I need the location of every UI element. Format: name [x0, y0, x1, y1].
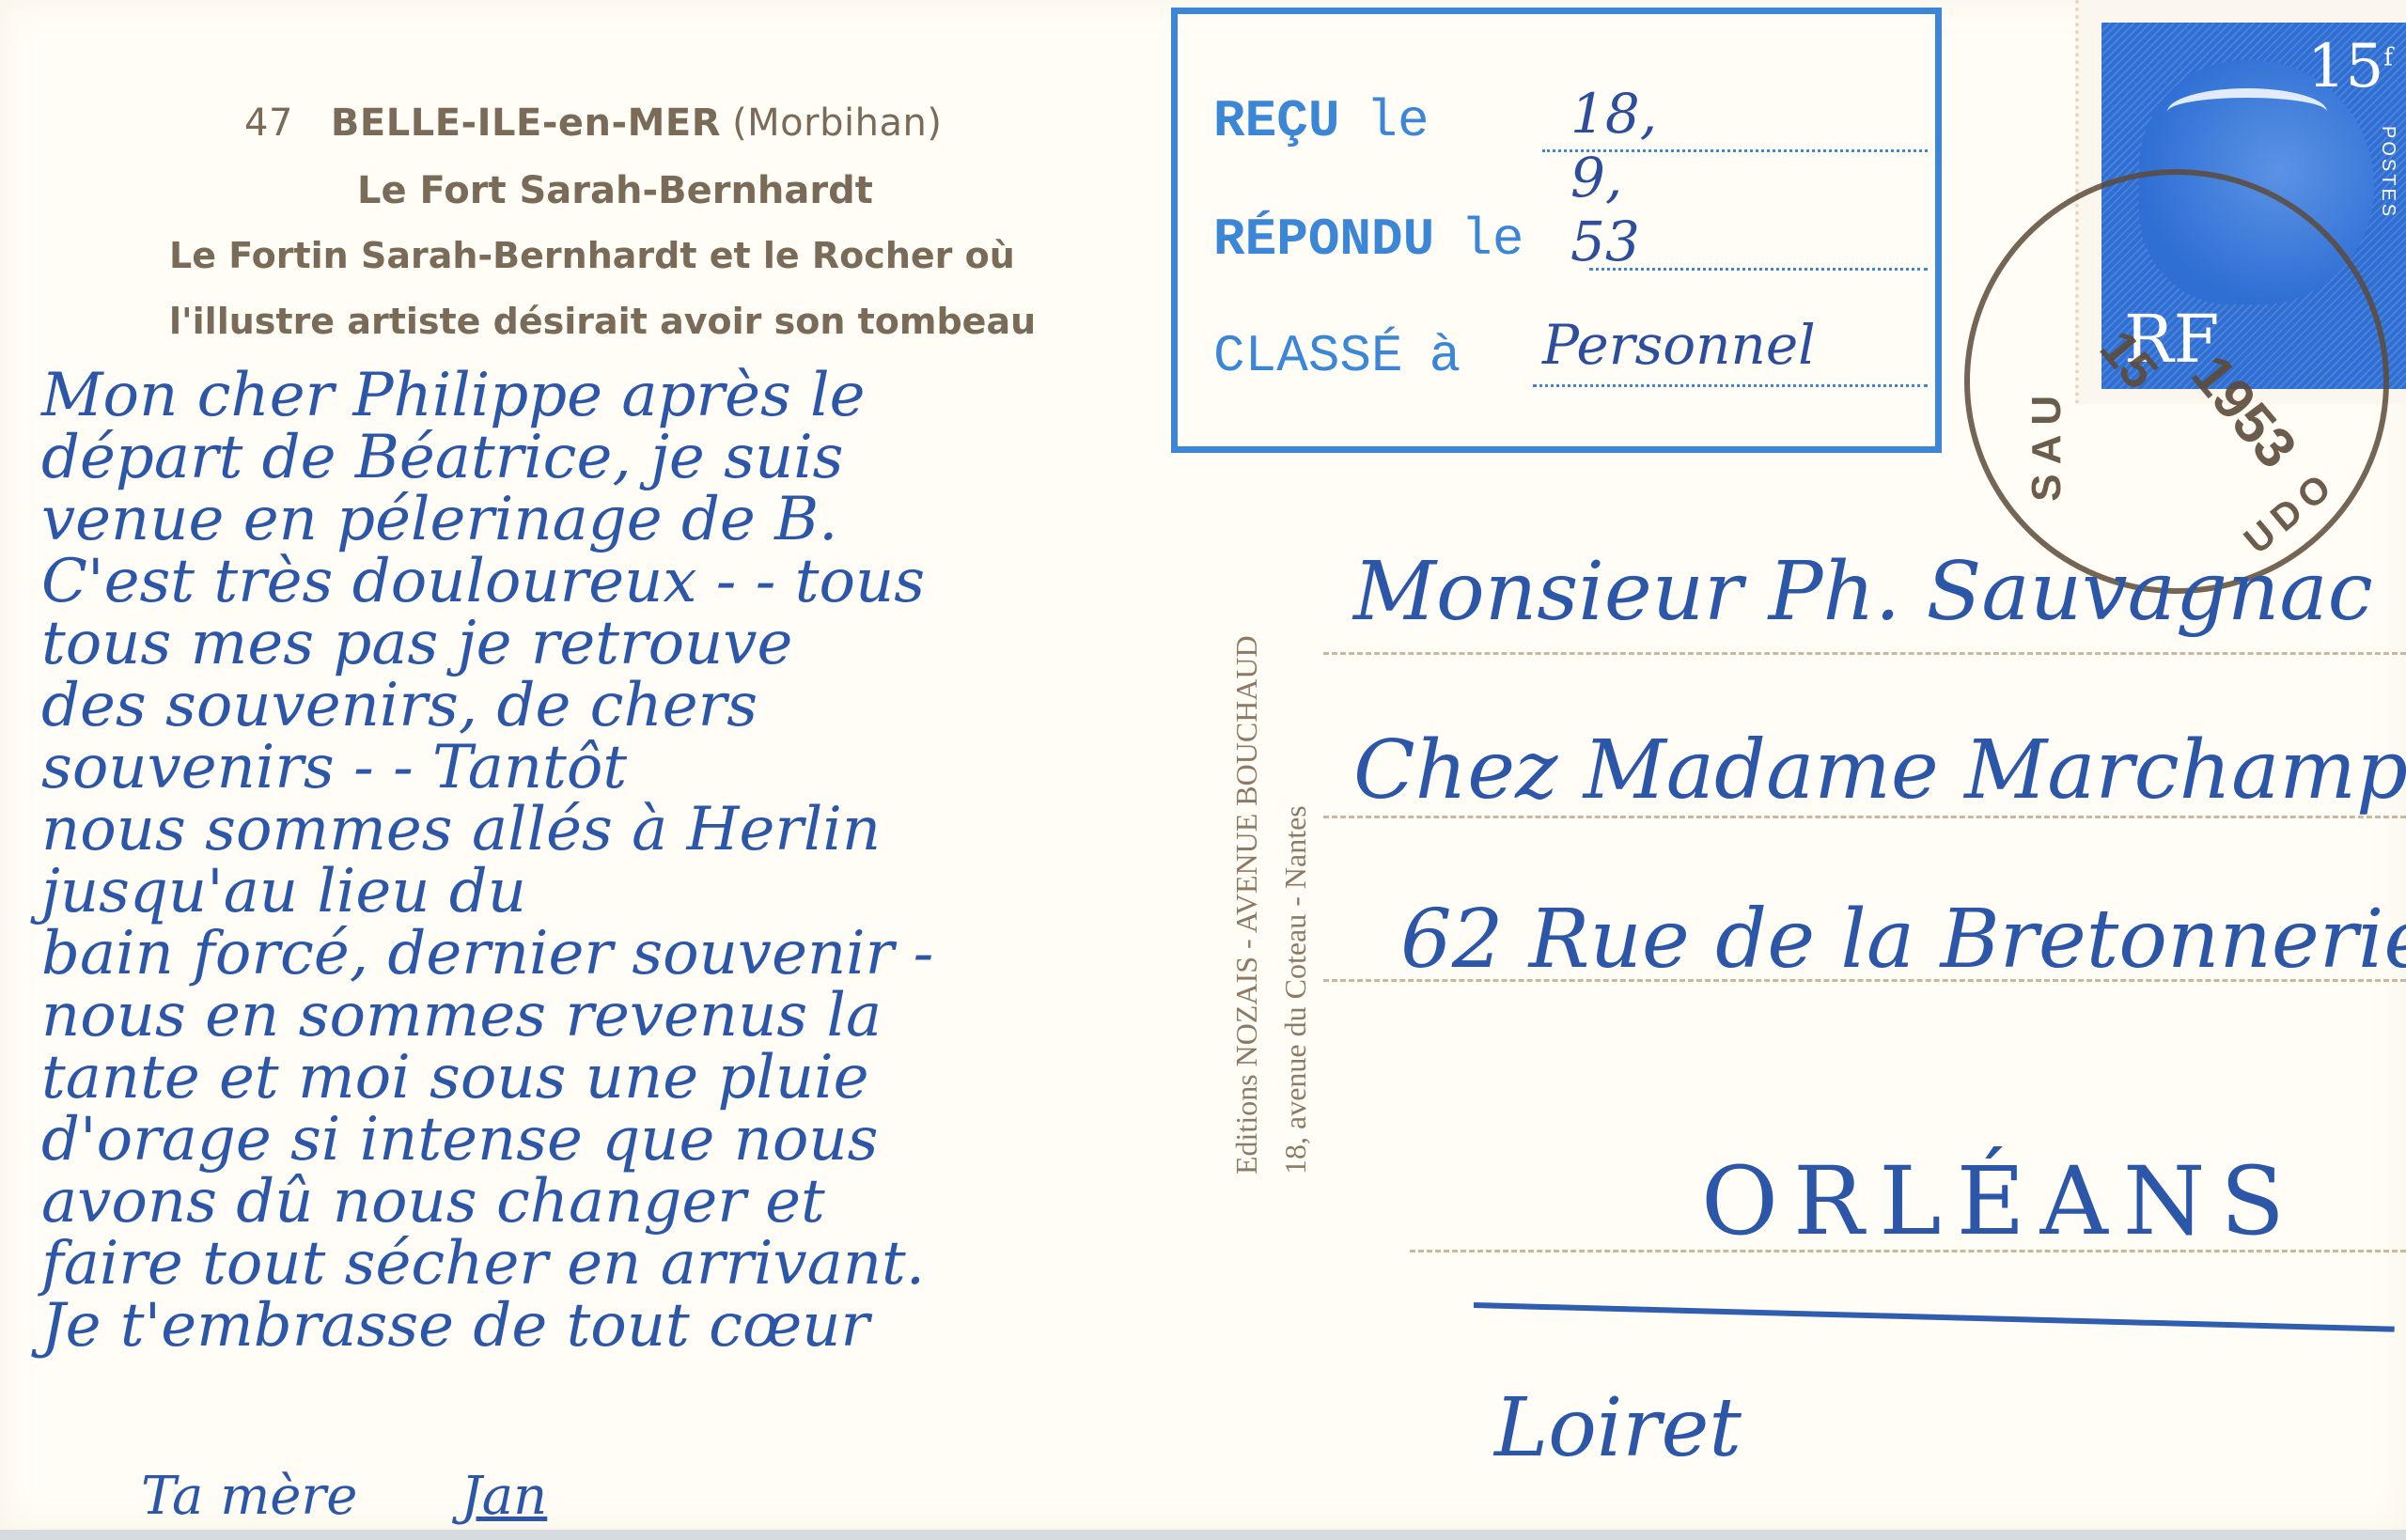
marianne-hair-icon — [2167, 88, 2327, 135]
stamp-answered-dotted-line — [1589, 268, 1928, 271]
message-line: Je t'embrasse de tout cœur — [41, 1295, 1338, 1357]
address-street: 62 Rue de la Bretonnerie — [1400, 893, 2406, 987]
message-line: des souvenirs, de chers — [41, 675, 1338, 737]
caption-number: 47 — [244, 101, 293, 145]
message-line: faire tout sécher en arrivant. — [41, 1233, 1338, 1295]
message-line: d'orage si intense que nous — [41, 1109, 1338, 1171]
stamp-answered-label: RÉPONDU — [1213, 210, 1434, 270]
message-line: bain forcé, dernier souvenir - — [41, 923, 1338, 985]
message-line: Mon cher Philippe après le — [41, 365, 1338, 427]
message-line: tante et moi sous une pluie — [41, 1047, 1338, 1109]
message-line: jusqu'au lieu du — [41, 861, 1338, 923]
scan-background-strip — [0, 1530, 2406, 1540]
message-signature: Jan — [461, 1466, 547, 1527]
stamp-received-row: REÇU le 18, 9, 53 — [1213, 91, 1430, 151]
message-line: souvenirs - - Tantôt — [41, 737, 1338, 799]
address-care-of: Chez Madame Marchamp — [1353, 723, 2406, 817]
postmark-year: 1953 — [2179, 343, 2310, 481]
address-recipient: Monsieur Ph. Sauvagnac — [1353, 545, 2373, 639]
stamp-received-date: 18, 9, 53 — [1570, 82, 1657, 273]
caption-title: 47BELLE-ILE-en-MER(Morbihan) — [244, 101, 942, 145]
message-line: venue en pélerinage de B. — [41, 489, 1338, 551]
stamp-value: 15f — [2307, 32, 2393, 101]
stamp-filed-a: à — [1430, 326, 1461, 386]
stamp-filed-dotted-line — [1533, 384, 1928, 387]
message-line: avons dû nous changer et — [41, 1171, 1338, 1233]
caption-description-2: l'illustre artiste désirait avoir son to… — [169, 301, 1036, 342]
message-line: C'est très douloureux - - tous — [41, 551, 1338, 613]
message-closing: Ta mère — [141, 1466, 357, 1527]
caption-subtitle: Le Fort Sarah-Bernhardt — [357, 169, 873, 212]
stamp-postes-label: POSTES — [2377, 126, 2398, 219]
stamp-answered-row: RÉPONDU le — [1213, 210, 1523, 270]
address-city-underline — [1474, 1302, 2395, 1332]
address-rule-1 — [1323, 652, 2406, 655]
caption-department: (Morbihan) — [732, 101, 942, 145]
caption-place: BELLE-ILE-en-MER — [331, 101, 721, 145]
stamp-filed-value: Personnel — [1542, 313, 1816, 377]
stamp-received-label: REÇU — [1213, 91, 1339, 151]
message-line: départ de Béatrice, je suis — [41, 427, 1338, 489]
message-line: tous mes pas je retrouve — [41, 613, 1338, 675]
message-signature-block: Ta mèreJan — [141, 1466, 547, 1527]
postmark-town: SAU — [2023, 386, 2070, 502]
stamp-received-le: le — [1366, 91, 1429, 151]
address-region: Loiret — [1494, 1381, 1742, 1475]
caption-description-1: Le Fortin Sarah-Bernhardt et le Rocher o… — [169, 235, 1015, 276]
postcard-back: 47BELLE-ILE-en-MER(Morbihan) Le Fort Sar… — [0, 0, 2406, 1530]
address-city: ORLÉANS — [1701, 1146, 2300, 1256]
handwritten-message: Mon cher Philippe après le départ de Béa… — [41, 365, 1338, 1357]
postmark-day: 15 — [2088, 319, 2169, 400]
stamp-answered-le: le — [1461, 210, 1523, 270]
message-line: nous en sommes revenus la — [41, 985, 1338, 1047]
message-line: nous sommes allés à Herlin — [41, 799, 1338, 861]
